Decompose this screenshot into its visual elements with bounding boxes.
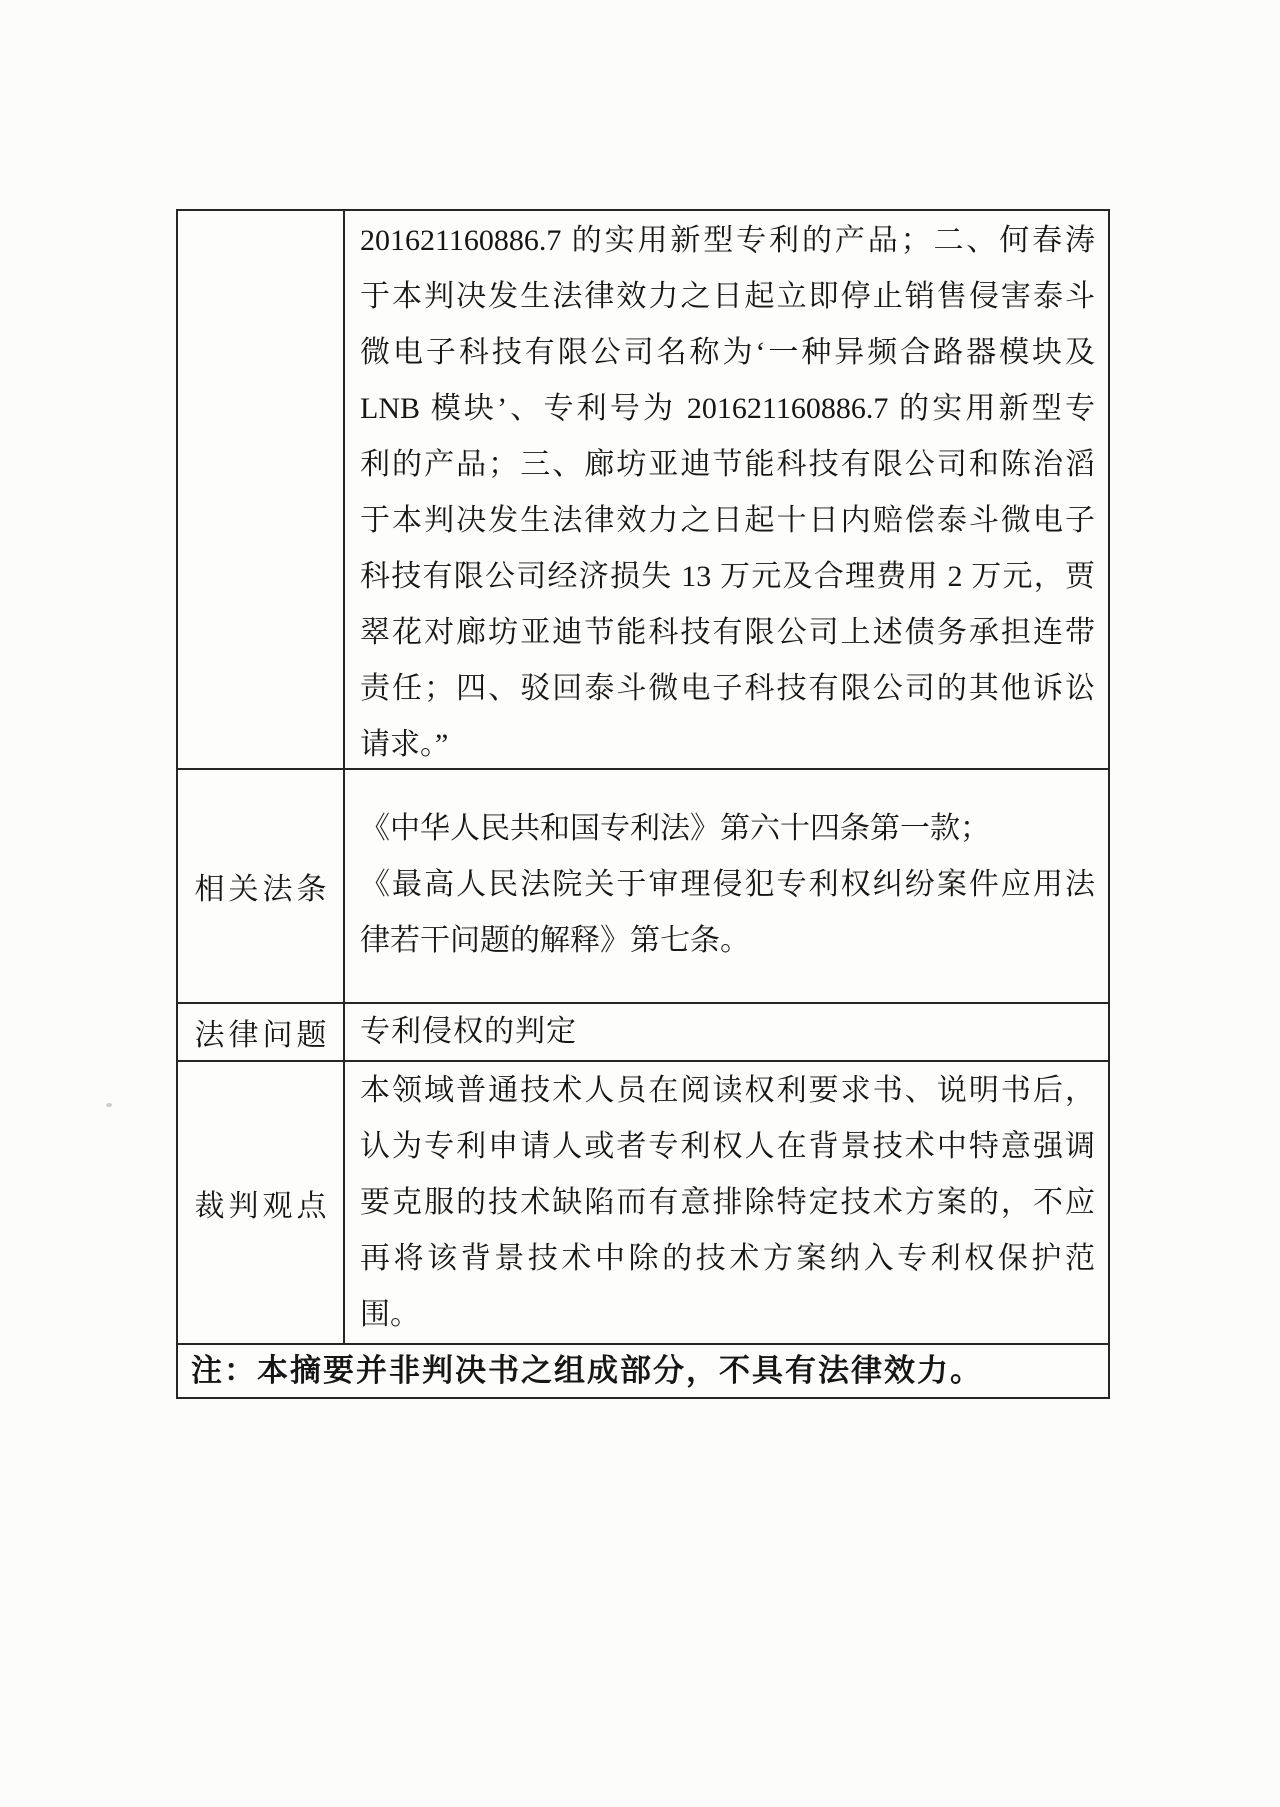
scan-artifact-speck (106, 1103, 112, 1107)
legal-issue-content: 专利侵权的判定 (345, 1004, 1108, 1060)
table-row-note: 注：本摘要并非判决书之组成部分，不具有法律效力。 (178, 1343, 1108, 1397)
excerpt-line: 201621160886.7 的实用新型专利的产品；二、何春涛 (360, 213, 1095, 269)
legal-issue-label: 法律问题 (178, 1004, 345, 1060)
legal-issue-value: 专利侵权的判定 (360, 1017, 577, 1047)
excerpt-line: 责任；四、驳回泰斗微电子科技有限公司的其他诉讼 (360, 661, 1095, 717)
opinion-line: 要克服的技术缺陷而有意排除特定技术方案的，不应 (360, 1175, 1095, 1231)
opinion-line: 再将该背景技术中除的技术方案纳入专利权保护范 (360, 1231, 1095, 1287)
excerpt-line: 利的产品；三、廊坊亚迪节能科技有限公司和陈治滔 (360, 437, 1095, 493)
judgment-summary-table: 201621160886.7 的实用新型专利的产品；二、何春涛 于本判决发生法律… (176, 209, 1110, 1399)
table-row-judgment-excerpt: 201621160886.7 的实用新型专利的产品；二、何春涛 于本判决发生法律… (178, 211, 1108, 768)
related-laws-label: 相关法条 (178, 770, 345, 1002)
law-line: 《最高人民法院关于审理侵犯专利权纠纷案件应用法 (360, 857, 1095, 913)
opinion-line: 围。 (360, 1287, 1095, 1343)
table-row-court-opinion: 裁判观点 本领域普通技术人员在阅读权利要求书、说明书后， 认为专利申请人或者专利… (178, 1060, 1108, 1343)
table-row-legal-issue: 法律问题 专利侵权的判定 (178, 1002, 1108, 1060)
note-text: 注：本摘要并非判决书之组成部分，不具有法律效力。 (191, 1345, 1108, 1397)
related-laws-content: 《中华人民共和国专利法》第六十四条第一款； 《最高人民法院关于审理侵犯专利权纠纷… (345, 770, 1108, 1002)
table-row-related-laws: 相关法条 《中华人民共和国专利法》第六十四条第一款； 《最高人民法院关于审理侵犯… (178, 768, 1108, 1002)
excerpt-line: 科技有限公司经济损失 13 万元及合理费用 2 万元，贾 (360, 549, 1095, 605)
excerpt-line: 请求。” (360, 717, 1095, 768)
court-opinion-content: 本领域普通技术人员在阅读权利要求书、说明书后， 认为专利申请人或者专利权人在背景… (345, 1062, 1108, 1343)
court-opinion-label: 裁判观点 (178, 1062, 345, 1343)
law-line: 《中华人民共和国专利法》第六十四条第一款； (360, 801, 1095, 857)
excerpt-line: 于本判决发生法律效力之日起立即停止销售侵害泰斗 (360, 269, 1095, 325)
excerpt-line: 于本判决发生法律效力之日起十日内赔偿泰斗微电子 (360, 493, 1095, 549)
law-line: 律若干问题的解释》第七条。 (360, 913, 1095, 969)
judgment-excerpt-content: 201621160886.7 的实用新型专利的产品；二、何春涛 于本判决发生法律… (345, 211, 1108, 768)
opinion-line: 本领域普通技术人员在阅读权利要求书、说明书后， (360, 1063, 1095, 1119)
excerpt-line: 微电子科技有限公司名称为‘一种异频合路器模块及 (360, 325, 1095, 381)
judgment-excerpt-label-cell (178, 211, 345, 768)
opinion-line: 认为专利申请人或者专利权人在背景技术中特意强调 (360, 1119, 1095, 1175)
scanned-document-page: 201621160886.7 的实用新型专利的产品；二、何春涛 于本判决发生法律… (0, 0, 1280, 1807)
excerpt-line: LNB 模块’、专利号为 201621160886.7 的实用新型专 (360, 381, 1095, 437)
excerpt-line: 翠花对廊坊亚迪节能科技有限公司上述债务承担连带 (360, 605, 1095, 661)
